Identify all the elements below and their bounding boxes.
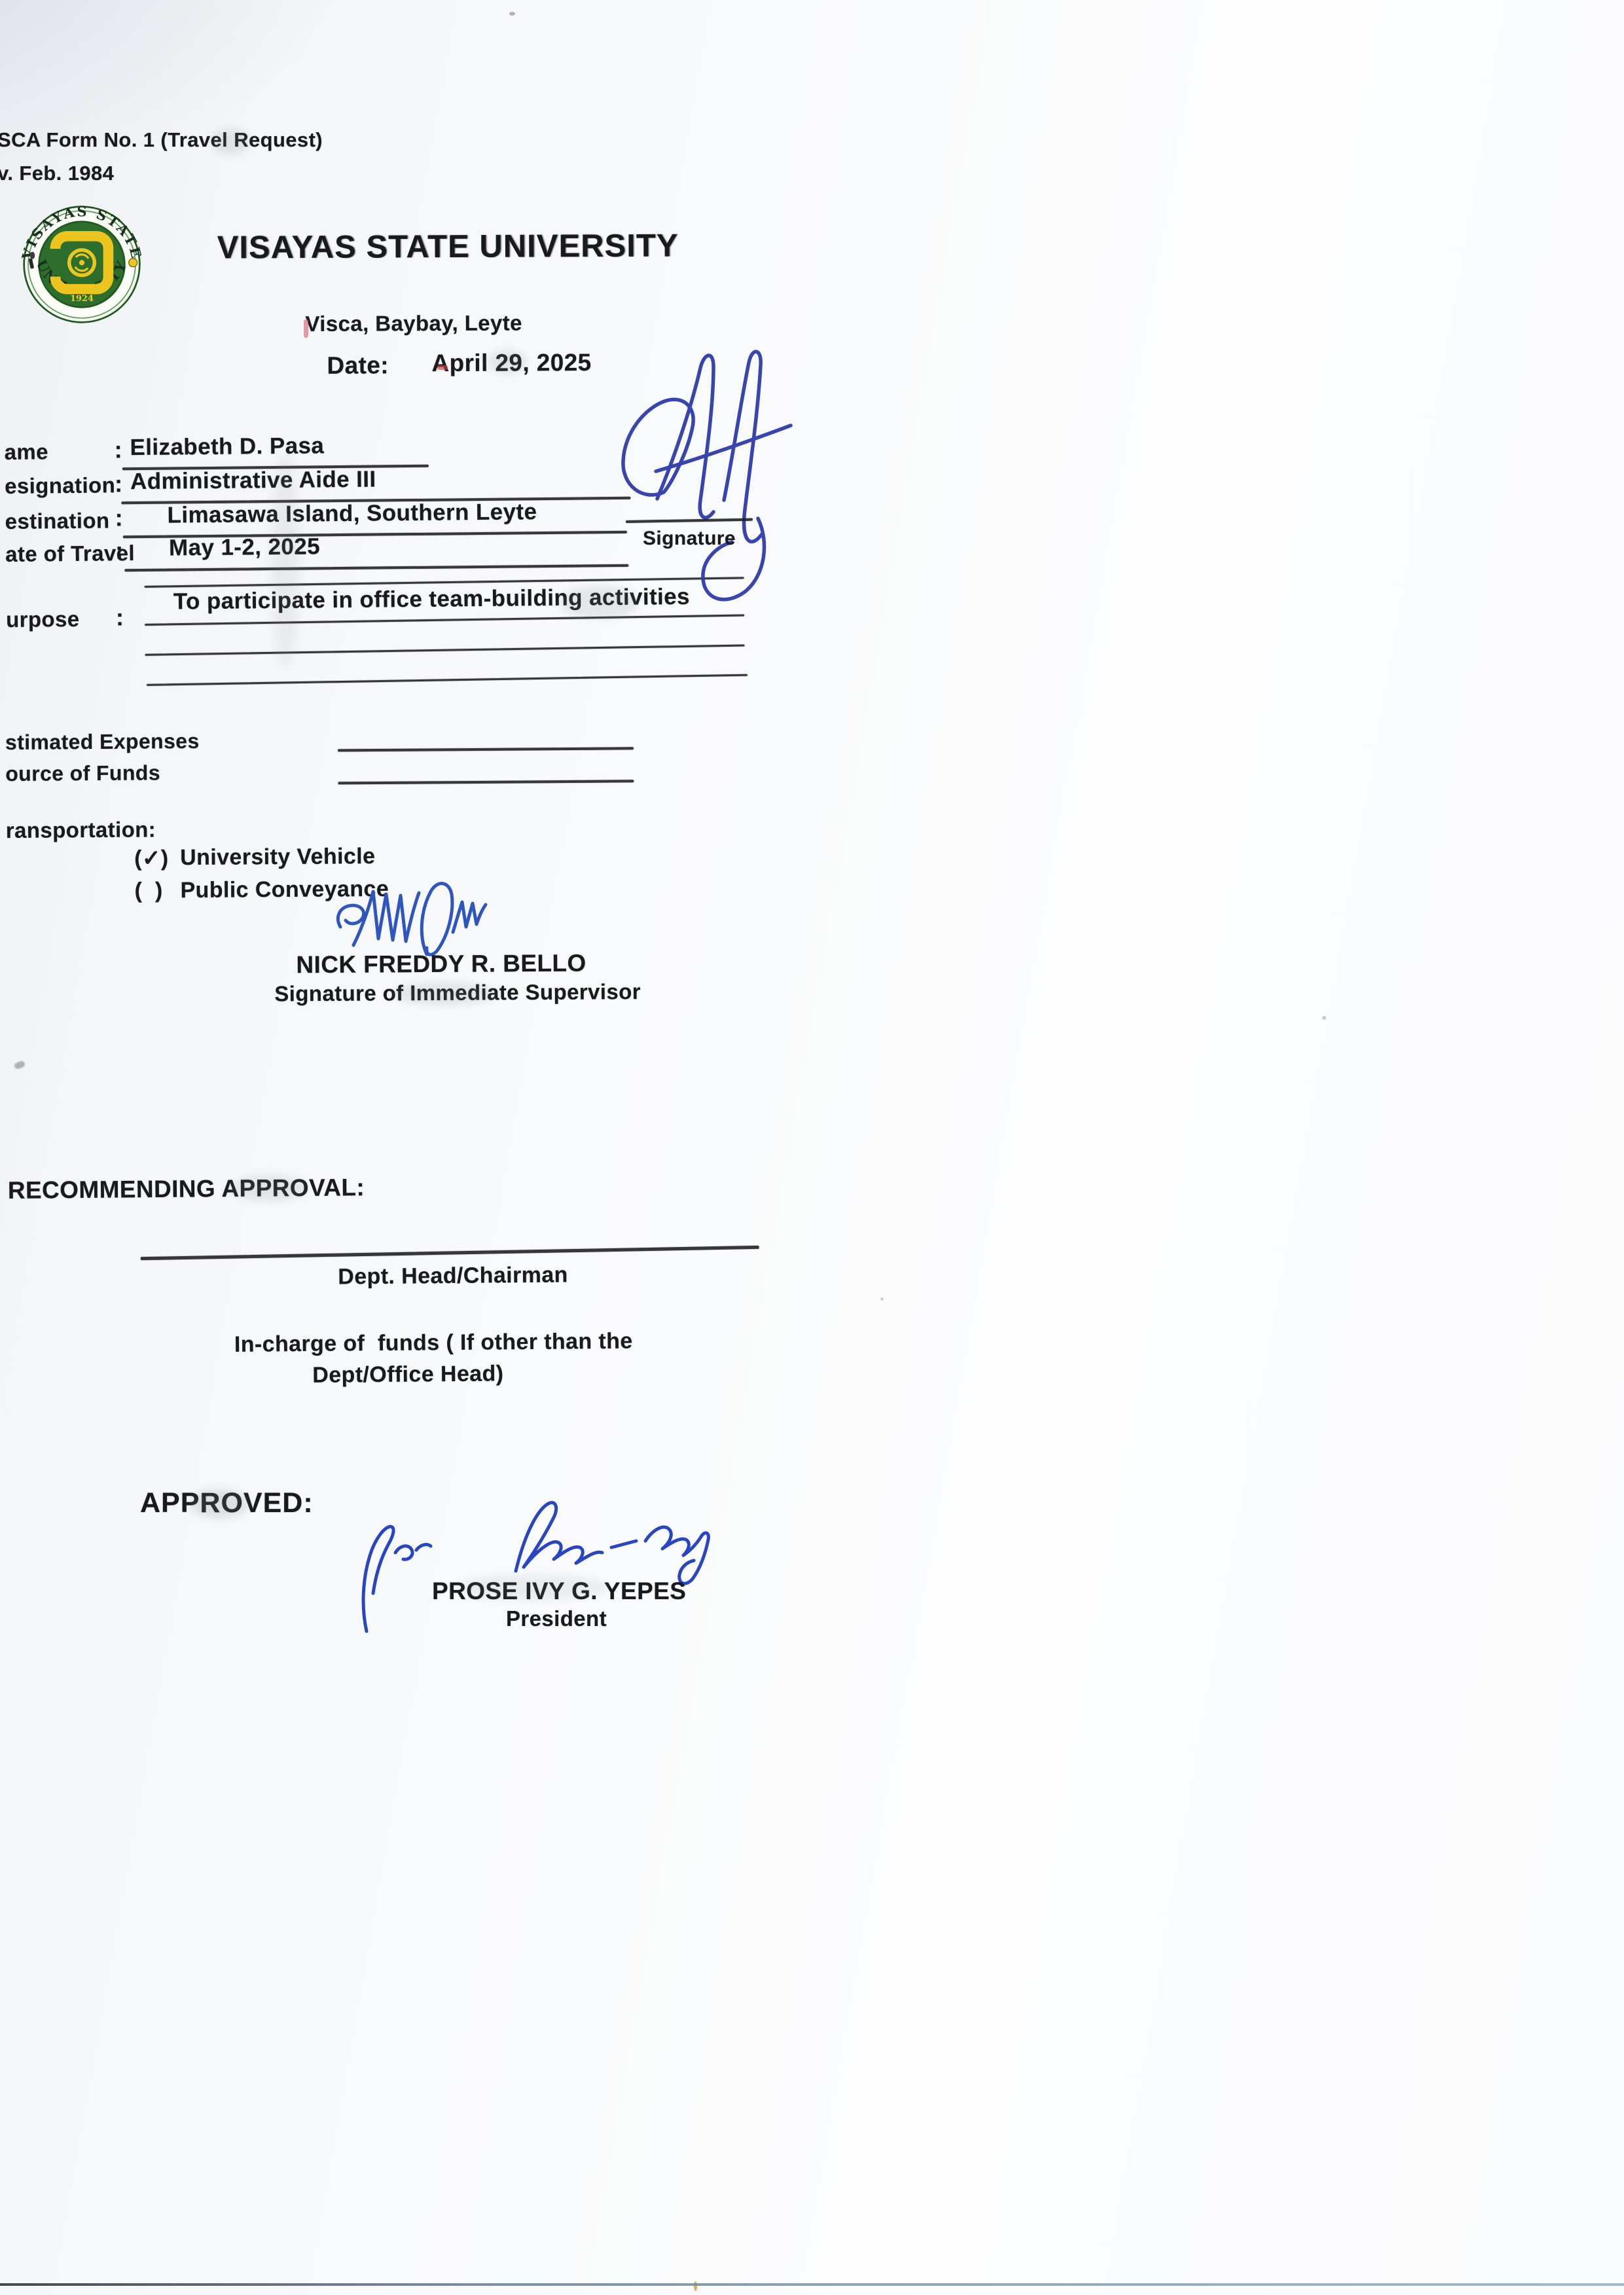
gray-speck (1322, 1016, 1326, 1020)
dept-head-caption: Dept. Head/Chairman (293, 1262, 613, 1290)
smudge (393, 982, 497, 1005)
smudge (458, 1574, 609, 1600)
funds-caption-line2: Dept/Office Head) (234, 1360, 581, 1389)
red-edge-mark (304, 319, 308, 338)
smudge (229, 1175, 308, 1201)
smudge (211, 128, 250, 154)
purple-speck (509, 12, 515, 16)
gray-speck (880, 1297, 884, 1301)
president-title: President (458, 1606, 655, 1631)
funds-caption-line1: In-charge of funds ( If other than the (234, 1329, 601, 1358)
recommending-approval-heading: RECOMMENDING APPROVAL: (8, 1174, 365, 1204)
dept-head-signature-line (141, 1246, 759, 1260)
smudge-streak (272, 452, 298, 668)
scanned-travel-request-form: SCA Form No. 1 (Travel Request) v. Feb. … (0, 0, 1624, 2295)
smudge (488, 350, 527, 374)
red-edge-mark (437, 365, 448, 370)
smudge (190, 1489, 249, 1518)
smudge (560, 586, 638, 619)
recommending-approval-block: RECOMMENDING APPROVAL: Dept. Head/Chairm… (0, 0, 1624, 2295)
scan-bottom-edge-line (0, 2283, 1624, 2286)
